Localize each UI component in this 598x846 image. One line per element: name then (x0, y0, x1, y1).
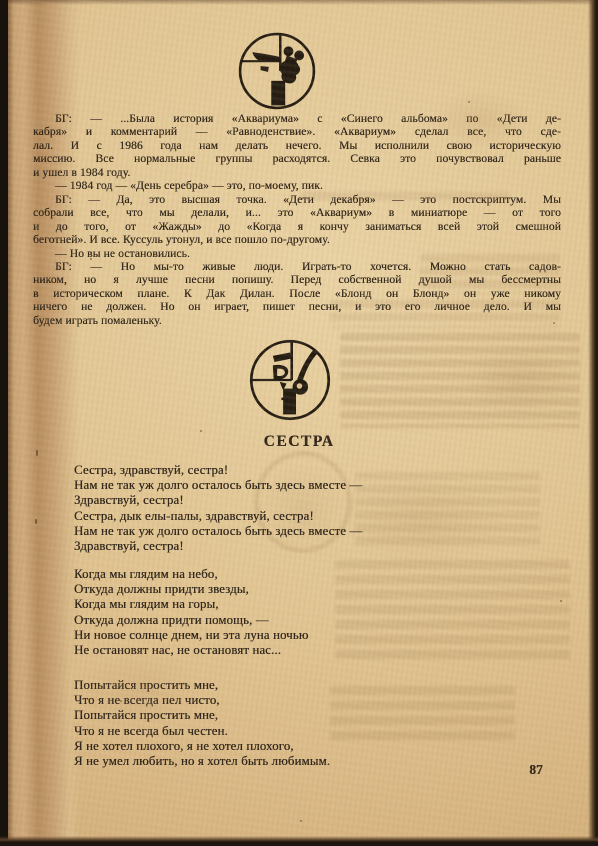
interview-line: кабря» и комментарий — «Равноденствие». … (33, 125, 561, 138)
lyric-line: Что я не всегда пел чисто, (74, 693, 554, 708)
ink-speck (120, 700, 122, 702)
interview-line: БГ: — Да, это высшая точка. «Дети декабр… (33, 193, 561, 206)
interview-line: миссию. Все нормальные группы расходятся… (33, 152, 561, 165)
interview-line: — Но вы не остановились. (33, 247, 561, 260)
page-number: 87 (516, 762, 556, 778)
lyric-line: Здравствуй, сестра! (74, 539, 554, 554)
interview-line: в историческом плане. К Дак Дилан. После… (33, 287, 561, 300)
lyric-line: Откуда должны придти звезды, (74, 582, 554, 597)
interview-line: БГ: — ...Была история «Аквариума» с «Син… (33, 112, 561, 125)
song-title: СЕСТРА (0, 433, 598, 451)
interview-text: БГ: — ...Была история «Аквариума» с «Син… (33, 112, 561, 327)
ink-speck (35, 519, 37, 524)
song-stanza-1: Сестра, здравствуй, сестра!Нам не так уж… (74, 463, 554, 554)
interview-line: — 1984 год — «День серебра» — это, по-мо… (33, 179, 561, 192)
ink-speck (200, 430, 202, 432)
lyric-line: Я не хотел плохого, я не хотел плохого, (74, 739, 554, 754)
lyric-line: Не остановят нас, не остановят нас... (74, 643, 554, 658)
scan-edge-right (588, 0, 598, 846)
interview-line: и до того, от «Жажды» до «Когда я кончу … (33, 220, 561, 233)
ink-speck (553, 322, 555, 324)
lyric-line: Откуда должна придти помощь, — (74, 613, 554, 628)
lyric-line: Сестра, дык елы-палы, здравствуй, сестра… (74, 509, 554, 524)
lyric-line: Сестра, здравствуй, сестра! (74, 463, 554, 478)
lyric-line: Попытайся простить мне, (74, 708, 554, 723)
interview-line: собрали все, что мы делали, и... это «Ак… (33, 206, 561, 219)
lyric-line: Нам не так уж долго осталось быть здесь … (74, 478, 554, 493)
lyric-line: Попытайся простить мне, (74, 678, 554, 693)
interview-line: БГ: — Но мы-то живые люди. Играть-то хоч… (33, 260, 561, 273)
scanned-book-page: БГ: — ...Была история «Аквариума» с «Син… (0, 0, 598, 846)
lyric-line: Здравствуй, сестра! (74, 493, 554, 508)
ink-speck (90, 258, 92, 260)
ink-speck (560, 600, 562, 602)
song-stanza-2: Когда мы глядим на небо,Откуда должны пр… (74, 567, 554, 658)
interview-line: лал. И с 1986 года нам делать нечего. Мы… (33, 139, 561, 152)
ink-speck (36, 450, 38, 456)
song-stanza-3: Попытайся простить мне,Что я не всегда п… (74, 678, 554, 769)
interview-line: беготней». И все. Куссуль утонул, и все … (33, 233, 561, 246)
lyric-line: Я не умел любить, но я хотел быть любимы… (74, 754, 554, 769)
scan-edge-bottom (0, 836, 598, 846)
ink-speck (468, 101, 470, 103)
lyric-line: Когда мы глядим на горы, (74, 597, 554, 612)
lyric-line: Нам не так уж долго осталось быть здесь … (74, 524, 554, 539)
lyric-line: Когда мы глядим на небо, (74, 567, 554, 582)
lyric-line: Ни новое солнце днем, ни эта луна ночью (74, 628, 554, 643)
lyric-line: Что я не всегда был честен. (74, 724, 554, 739)
ink-speck (300, 820, 302, 822)
interview-line: ником, но я лучше песни попишу. Перед со… (33, 273, 561, 286)
scan-edge-left (0, 0, 8, 846)
aquarium-crest-quill-icon (247, 335, 333, 425)
aquarium-crest-hand-icon (236, 28, 318, 114)
interview-line: будем играть помаленьку. (33, 314, 561, 327)
interview-line: и ушел в 1984 году. (33, 166, 561, 179)
interview-line: ничего не должен. Но он играет, пишет пе… (33, 300, 561, 313)
